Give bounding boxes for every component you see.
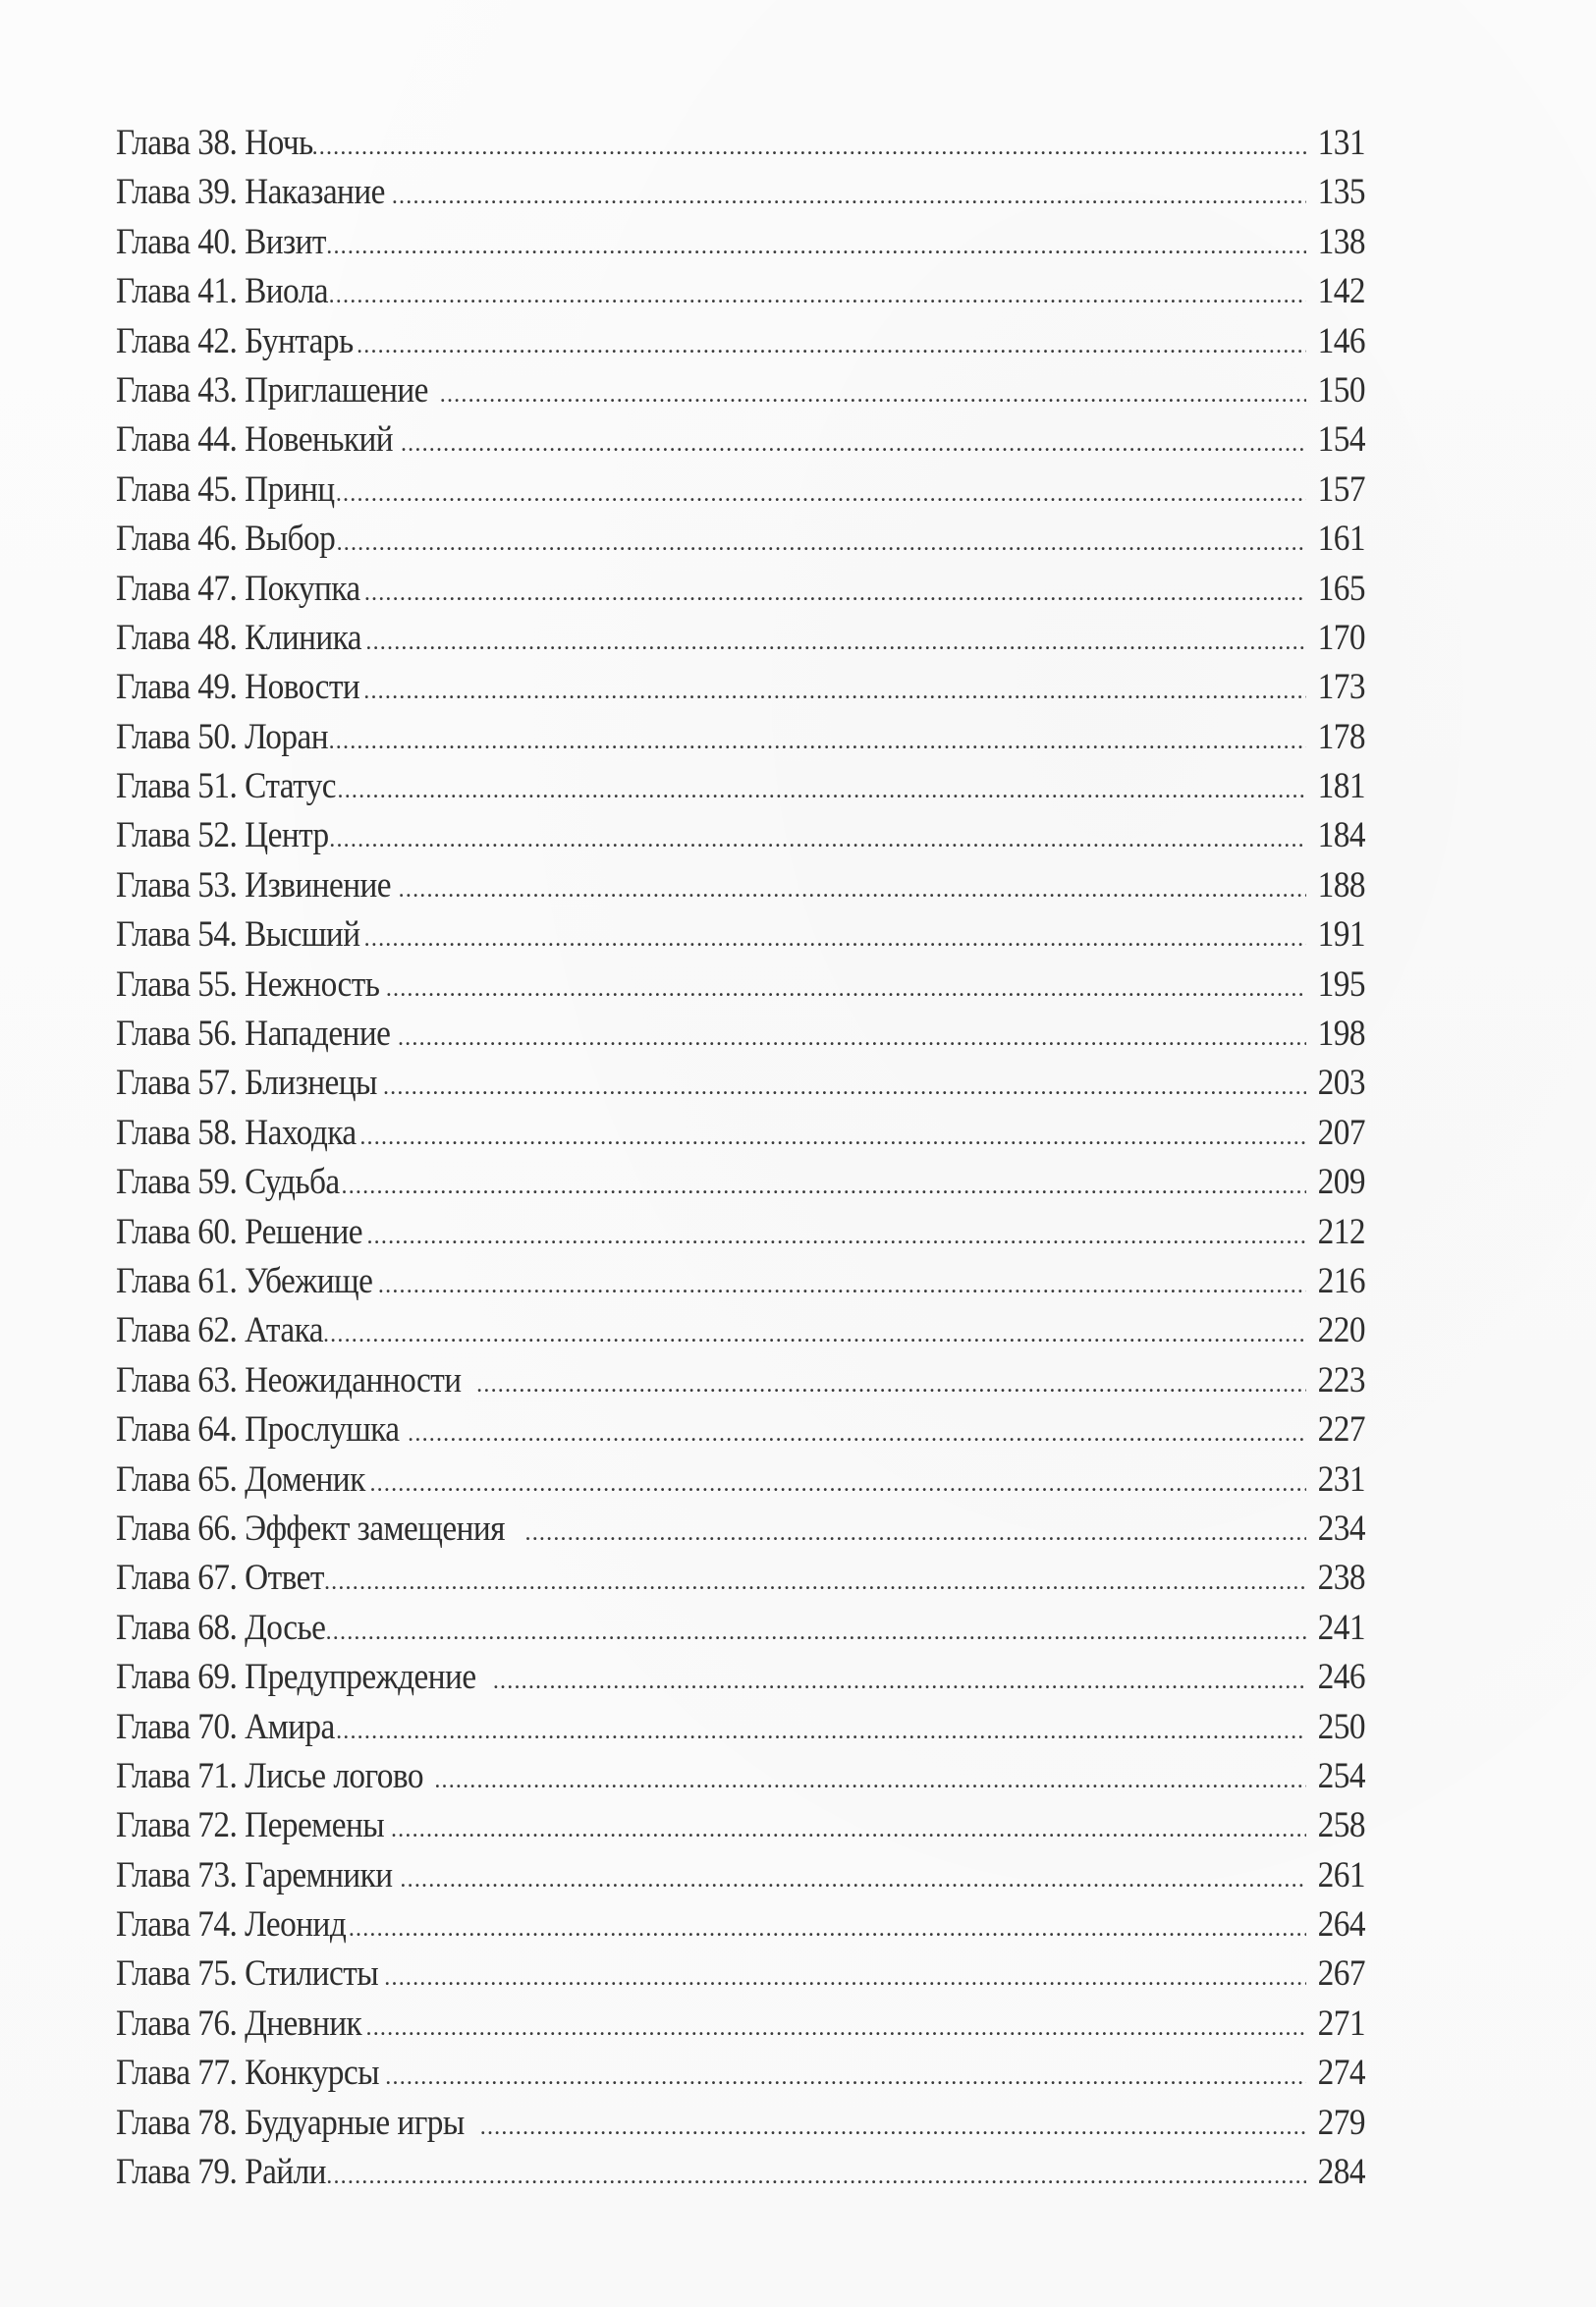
dot-leader bbox=[336, 1707, 1306, 1756]
page-number: 250 bbox=[1316, 1703, 1365, 1752]
page-number: 279 bbox=[1316, 2099, 1365, 2148]
dot-leader bbox=[329, 271, 1306, 320]
dot-leader bbox=[386, 964, 1306, 1014]
toc-entry: Глава 46. Выбор 161 bbox=[116, 515, 1365, 564]
page-number: 191 bbox=[1316, 910, 1365, 960]
toc-entry: Глава 73. Гаремники 261 bbox=[116, 1851, 1365, 1900]
toc-entry: Глава 49. Новости 173 bbox=[116, 663, 1365, 712]
toc-entry: Глава 74. Леонид 264 bbox=[116, 1900, 1365, 1950]
dot-leader bbox=[326, 222, 1306, 271]
page-number: 267 bbox=[1316, 1950, 1365, 1999]
page-number: 284 bbox=[1316, 2148, 1365, 2197]
toc-entry: Глава 53. Извинение 188 bbox=[116, 861, 1365, 910]
dot-leader bbox=[398, 1014, 1306, 1063]
toc-entry: Глава 44. Новенький 154 bbox=[116, 415, 1365, 465]
page-number: 241 bbox=[1316, 1604, 1365, 1653]
toc-entry: Глава 38. Ночь 131 bbox=[116, 119, 1365, 168]
chapter-title: Глава 56. Нападение bbox=[116, 1010, 390, 1059]
toc-entry: Глава 64. Прослушка 227 bbox=[116, 1405, 1365, 1455]
page-number: 261 bbox=[1316, 1851, 1365, 1900]
chapter-title: Глава 53. Извинение bbox=[116, 861, 391, 910]
chapter-title: Глава 59. Судьба bbox=[116, 1158, 340, 1207]
page-number: 188 bbox=[1316, 861, 1365, 910]
toc-entry: Глава 39. Наказание 135 bbox=[116, 168, 1365, 217]
dot-leader bbox=[357, 321, 1306, 370]
chapter-title: Глава 45. Принц bbox=[116, 466, 335, 515]
page-number: 146 bbox=[1316, 317, 1365, 366]
chapter-title: Глава 40. Визит bbox=[116, 218, 326, 267]
chapter-title: Глава 61. Убежище bbox=[116, 1257, 372, 1306]
chapter-title: Глава 65. Доменик bbox=[116, 1456, 365, 1505]
dot-leader bbox=[363, 667, 1306, 716]
chapter-title: Глава 46. Выбор bbox=[116, 515, 335, 564]
dot-leader bbox=[369, 1459, 1306, 1509]
dot-leader bbox=[364, 914, 1306, 963]
toc-entry: Глава 70. Амира 250 bbox=[116, 1703, 1365, 1752]
dot-leader bbox=[359, 1113, 1306, 1162]
chapter-title: Глава 52. Центр bbox=[116, 811, 329, 860]
book-page: Глава 38. Ночь 131 Глава 39. Наказание 1… bbox=[0, 0, 1596, 2307]
page-number: 238 bbox=[1316, 1554, 1365, 1603]
chapter-title: Глава 78. Будуарные игры bbox=[116, 2099, 465, 2148]
toc-entry: Глава 54. Высший 191 bbox=[116, 910, 1365, 960]
toc-entry: Глава 68. Досье 241 bbox=[116, 1604, 1365, 1653]
page-number: 254 bbox=[1316, 1752, 1365, 1801]
table-of-contents: Глава 38. Ночь 131 Глава 39. Наказание 1… bbox=[116, 119, 1365, 2197]
page-number: 234 bbox=[1316, 1505, 1365, 1554]
page-number: 198 bbox=[1316, 1010, 1365, 1059]
dot-leader bbox=[493, 1657, 1306, 1706]
dot-leader bbox=[336, 469, 1306, 519]
toc-entry: Глава 62. Атака 220 bbox=[116, 1306, 1365, 1355]
chapter-title: Глава 38. Ночь bbox=[116, 119, 313, 168]
toc-entry: Глава 42. Бунтарь 146 bbox=[116, 317, 1365, 366]
dot-leader bbox=[312, 123, 1306, 172]
page-number: 231 bbox=[1316, 1456, 1365, 1505]
dot-leader bbox=[391, 1805, 1306, 1854]
chapter-title: Глава 47. Покупка bbox=[116, 565, 360, 614]
chapter-title: Глава 58. Находка bbox=[116, 1109, 357, 1158]
page-number: 212 bbox=[1316, 1208, 1365, 1257]
chapter-title: Глава 63. Неожиданности bbox=[116, 1356, 462, 1405]
toc-entry: Глава 51. Статус 181 bbox=[116, 762, 1365, 811]
chapter-title: Глава 79. Райли bbox=[116, 2148, 326, 2197]
toc-entry: Глава 55. Нежность 195 bbox=[116, 961, 1365, 1010]
page-number: 223 bbox=[1316, 1356, 1365, 1405]
page-number: 209 bbox=[1316, 1158, 1365, 1207]
toc-entry: Глава 50. Лоран 178 bbox=[116, 713, 1365, 762]
page-number: 227 bbox=[1316, 1405, 1365, 1455]
page-number: 274 bbox=[1316, 2049, 1365, 2098]
chapter-title: Глава 49. Новости bbox=[116, 663, 359, 712]
page-number: 165 bbox=[1316, 565, 1365, 614]
toc-entry: Глава 63. Неожиданности 223 bbox=[116, 1356, 1365, 1405]
chapter-title: Глава 54. Высший bbox=[116, 910, 359, 960]
toc-entry: Глава 43. Приглашение 150 bbox=[116, 366, 1365, 415]
toc-entry: Глава 47. Покупка 165 bbox=[116, 565, 1365, 614]
page-number: 173 bbox=[1316, 663, 1365, 712]
page-number: 258 bbox=[1316, 1801, 1365, 1850]
dot-leader bbox=[338, 766, 1307, 815]
dot-leader bbox=[323, 1310, 1306, 1359]
dot-leader bbox=[434, 1756, 1306, 1805]
toc-entry: Глава 75. Стилисты 267 bbox=[116, 1950, 1365, 1999]
page-number: 207 bbox=[1316, 1109, 1365, 1158]
toc-entry: Глава 56. Нападение 198 bbox=[116, 1010, 1365, 1059]
toc-entry: Глава 41. Виола 142 bbox=[116, 267, 1365, 316]
dot-leader bbox=[525, 1509, 1306, 1558]
page-number: 184 bbox=[1316, 811, 1365, 860]
page-number: 264 bbox=[1316, 1900, 1365, 1950]
chapter-title: Глава 64. Прослушка bbox=[116, 1405, 400, 1455]
chapter-title: Глава 77. Конкурсы bbox=[116, 2049, 379, 2098]
page-number: 150 bbox=[1316, 366, 1365, 415]
dot-leader bbox=[440, 370, 1306, 419]
dot-leader bbox=[324, 1558, 1306, 1607]
dot-leader bbox=[384, 1953, 1306, 2003]
toc-entry: Глава 59. Судьба 209 bbox=[116, 1158, 1365, 1207]
toc-entry: Глава 72. Перемены 258 bbox=[116, 1801, 1365, 1850]
dot-leader bbox=[399, 865, 1306, 914]
page-number: 178 bbox=[1316, 713, 1365, 762]
toc-entry: Глава 45. Принц 157 bbox=[116, 466, 1365, 515]
dot-leader bbox=[329, 717, 1306, 766]
dot-leader bbox=[400, 1855, 1306, 1904]
dot-leader bbox=[408, 1409, 1306, 1458]
page-number: 203 bbox=[1316, 1059, 1365, 1108]
dot-leader bbox=[326, 2152, 1306, 2201]
toc-entry: Глава 67. Ответ 238 bbox=[116, 1554, 1365, 1603]
dot-leader bbox=[366, 2004, 1306, 2053]
page-number: 154 bbox=[1316, 415, 1365, 465]
page-number: 170 bbox=[1316, 614, 1365, 663]
dot-leader bbox=[476, 1360, 1306, 1409]
toc-entry: Глава 76. Дневник 271 bbox=[116, 2000, 1365, 2049]
chapter-title: Глава 74. Леонид bbox=[116, 1900, 346, 1950]
page-number: 220 bbox=[1316, 1306, 1365, 1355]
page-number: 138 bbox=[1316, 218, 1365, 267]
chapter-title: Глава 76. Дневник bbox=[116, 2000, 361, 2049]
toc-entry: Глава 65. Доменик 231 bbox=[116, 1456, 1365, 1505]
dot-leader bbox=[385, 2053, 1306, 2102]
toc-entry: Глава 58. Находка 207 bbox=[116, 1109, 1365, 1158]
page-number: 142 bbox=[1316, 267, 1365, 316]
chapter-title: Глава 44. Новенький bbox=[116, 415, 393, 465]
chapter-title: Глава 43. Приглашение bbox=[116, 366, 428, 415]
dot-leader bbox=[349, 1904, 1306, 1953]
dot-leader bbox=[401, 419, 1306, 468]
chapter-title: Глава 42. Бунтарь bbox=[116, 317, 354, 366]
toc-entry: Глава 66. Эффект замещения 234 bbox=[116, 1505, 1365, 1554]
page-number: 216 bbox=[1316, 1257, 1365, 1306]
chapter-title: Глава 55. Нежность bbox=[116, 961, 379, 1010]
toc-entry: Глава 69. Предупреждение 246 bbox=[116, 1653, 1365, 1702]
dot-leader bbox=[364, 569, 1306, 618]
toc-entry: Глава 79. Райли 284 bbox=[116, 2148, 1365, 2197]
toc-entry: Глава 57. Близнецы 203 bbox=[116, 1059, 1365, 1108]
toc-entry: Глава 60. Решение 212 bbox=[116, 1208, 1365, 1257]
chapter-title: Глава 50. Лоран bbox=[116, 713, 328, 762]
toc-entry: Глава 48. Клиника 170 bbox=[116, 614, 1365, 663]
toc-entry: Глава 71. Лисье логово 254 bbox=[116, 1752, 1365, 1801]
page-number: 161 bbox=[1316, 515, 1365, 564]
toc-entry: Глава 40. Визит 138 bbox=[116, 218, 1365, 267]
toc-entry: Глава 52. Центр 184 bbox=[116, 811, 1365, 860]
chapter-title: Глава 68. Досье bbox=[116, 1604, 325, 1653]
dot-leader bbox=[326, 1608, 1306, 1657]
chapter-title: Глава 57. Близнецы bbox=[116, 1059, 377, 1108]
dot-leader bbox=[378, 1261, 1306, 1310]
chapter-title: Глава 67. Ответ bbox=[116, 1554, 324, 1603]
dot-leader bbox=[383, 1063, 1306, 1112]
page-number: 246 bbox=[1316, 1653, 1365, 1702]
chapter-title: Глава 72. Перемены bbox=[116, 1801, 384, 1850]
page-number: 135 bbox=[1316, 168, 1365, 217]
dot-leader bbox=[366, 1212, 1306, 1261]
chapter-title: Глава 70. Амира bbox=[116, 1703, 335, 1752]
dot-leader bbox=[365, 618, 1306, 667]
dot-leader bbox=[392, 172, 1306, 221]
chapter-title: Глава 51. Статус bbox=[116, 762, 336, 811]
chapter-title: Глава 75. Стилисты bbox=[116, 1950, 378, 1999]
page-number: 195 bbox=[1316, 961, 1365, 1010]
chapter-title: Глава 48. Клиника bbox=[116, 614, 361, 663]
toc-entry: Глава 78. Будуарные игры 279 bbox=[116, 2099, 1365, 2148]
toc-entry: Глава 77. Конкурсы 274 bbox=[116, 2049, 1365, 2098]
chapter-title: Глава 60. Решение bbox=[116, 1208, 362, 1257]
page-number: 181 bbox=[1316, 762, 1365, 811]
chapter-title: Глава 71. Лисье логово bbox=[116, 1752, 423, 1801]
chapter-title: Глава 62. Атака bbox=[116, 1306, 323, 1355]
page-number: 157 bbox=[1316, 466, 1365, 515]
dot-leader bbox=[337, 519, 1306, 568]
page-number: 131 bbox=[1316, 119, 1365, 168]
dot-leader bbox=[329, 815, 1306, 864]
dot-leader bbox=[342, 1162, 1307, 1211]
chapter-title: Глава 73. Гаремники bbox=[116, 1851, 393, 1900]
page-number: 271 bbox=[1316, 2000, 1365, 2049]
chapter-title: Глава 66. Эффект замещения bbox=[116, 1505, 505, 1554]
chapter-title: Глава 41. Виола bbox=[116, 267, 328, 316]
chapter-title: Глава 69. Предупреждение bbox=[116, 1653, 476, 1702]
dot-leader bbox=[480, 2103, 1306, 2152]
toc-entry: Глава 61. Убежище 216 bbox=[116, 1257, 1365, 1306]
chapter-title: Глава 39. Наказание bbox=[116, 168, 385, 217]
